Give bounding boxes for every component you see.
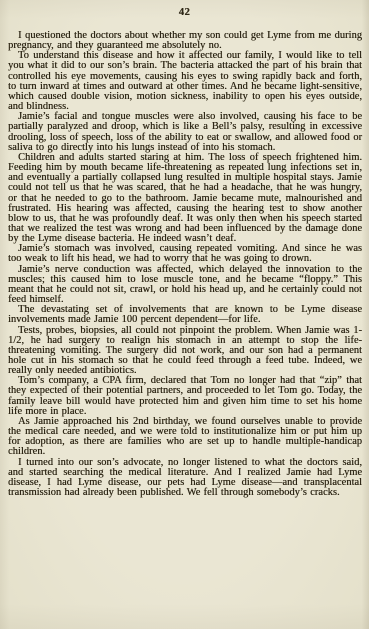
paragraph: To understand this disease and how it af… [8,51,362,112]
paragraph: I turned into our son’s advocate, no lon… [8,458,362,499]
page-number: 42 [0,7,369,18]
paragraph: Tom’s company, a CPA firm, declared that… [8,376,362,417]
body-text: I questioned the doctors about whether m… [8,31,362,498]
paragraph: The devastating set of involvements that… [8,305,362,325]
paragraph: Jamie’s nerve conduction was affected, w… [8,265,362,306]
paragraph: Jamie’s stomach was involved, causing re… [8,244,362,264]
paragraph: As Jamie approached his 2nd birthday, we… [8,417,362,458]
paragraph: Children and adults started staring at h… [8,153,362,244]
paragraph: Tests, probes, biopsies, all could not p… [8,326,362,377]
book-page: 42 I questioned the doctors about whethe… [0,0,369,629]
paragraph: Jamie’s facial and tongue muscles were a… [8,112,362,153]
paragraph: I questioned the doctors about whether m… [8,31,362,51]
